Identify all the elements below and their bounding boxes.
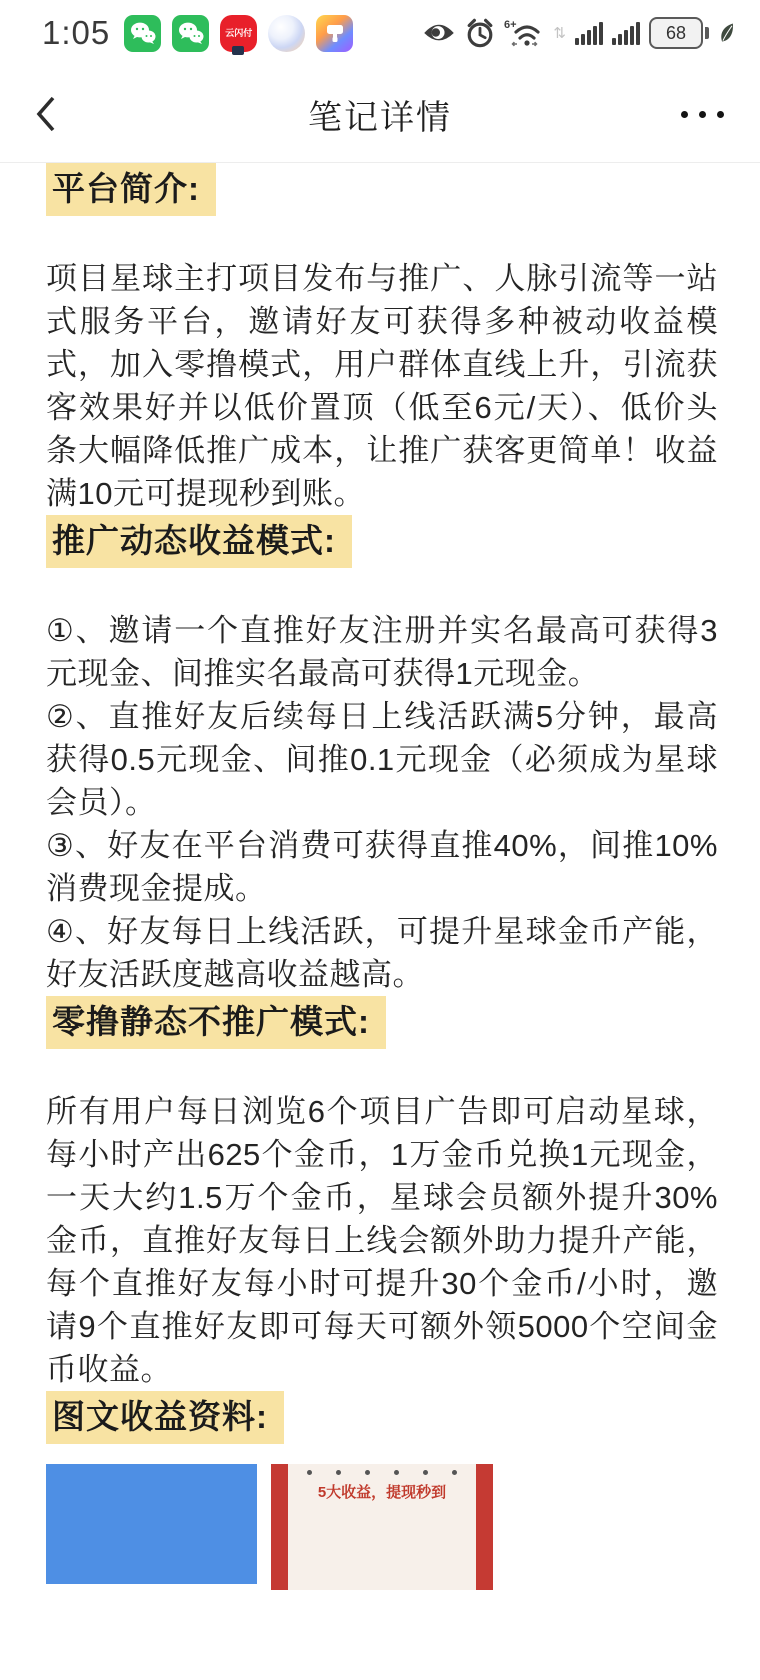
alarm-icon xyxy=(465,18,495,48)
section-heading: 平台简介: xyxy=(46,163,216,216)
section-paragraph: 项目星球主打项目发布与推广、人脉引流等一站式服务平台，邀请好友可获得多种被动收益… xyxy=(46,257,718,515)
yunshanfu-icon: 云闪付 xyxy=(220,15,257,52)
battery-level: 68 xyxy=(649,17,703,49)
list-item: ①、邀请一个直推好友注册并实名最高可获得3元现金、间推实名最高可获得1元现金。 xyxy=(46,609,718,695)
nav-bar: 笔记详情 xyxy=(0,66,760,163)
attachment-image-blue[interactable] xyxy=(46,1464,257,1584)
wechat-icon xyxy=(124,15,161,52)
phone-screen: 1:05 云闪付 xyxy=(0,0,760,1680)
eye-protection-icon xyxy=(422,21,456,45)
yunshanfu-badge xyxy=(232,46,244,55)
attachment-row: 5大收益，提现秒到 xyxy=(46,1464,718,1590)
attachment-image-red[interactable]: 5大收益，提现秒到 xyxy=(271,1464,493,1590)
signal-bars-sim1 xyxy=(575,21,603,45)
wifi-icon: 6+ xyxy=(504,18,544,48)
status-right-cluster: 6+ ⇅ 68 xyxy=(422,17,736,49)
assistant-sphere-icon xyxy=(268,15,305,52)
leaf-icon xyxy=(718,21,736,45)
section-heading: 图文收益资料: xyxy=(46,1391,284,1444)
signal-bars-sim2 xyxy=(612,21,640,45)
chat-bubbles-glyph xyxy=(178,21,204,45)
battery-indicator: 68 xyxy=(649,17,709,49)
brush-glyph xyxy=(324,22,346,44)
status-bar: 1:05 云闪付 xyxy=(0,0,760,66)
red-card-dots xyxy=(307,1470,457,1475)
section-heading: 推广动态收益模式: xyxy=(46,515,352,568)
section-platform-intro: 平台简介: 项目星球主打项目发布与推广、人脉引流等一站式服务平台，邀请好友可获得… xyxy=(46,163,718,515)
more-menu-button[interactable] xyxy=(679,101,726,128)
list-item: ③、好友在平台消费可获得直推40%，间推10%消费现金提成。 xyxy=(46,824,718,910)
page-title: 笔记详情 xyxy=(0,90,760,139)
theme-store-icon xyxy=(316,15,353,52)
wechat-icon xyxy=(172,15,209,52)
yunshanfu-label: 云闪付 xyxy=(225,28,252,38)
list-item: ④、好友每日上线活跃，可提升星球金币产能，好友活跃度越高收益越高。 xyxy=(46,910,718,996)
battery-nub xyxy=(705,27,709,39)
section-paragraph: 所有用户每日浏览6个项目广告即可启动星球，每小时产出625个金币，1万金币兑换1… xyxy=(46,1090,718,1391)
note-content: 平台简介: 项目星球主打项目发布与推广、人脉引流等一站式服务平台，邀请好友可获得… xyxy=(0,163,760,1590)
status-time: 1:05 xyxy=(42,14,110,52)
section-image-materials: 图文收益资料: xyxy=(46,1391,718,1444)
network-arrows-icon: ⇅ xyxy=(553,26,566,41)
back-chevron-icon xyxy=(34,94,58,134)
section-static-mode: 零撸静态不推广模式: 所有用户每日浏览6个项目广告即可启动星球，每小时产出625… xyxy=(46,996,718,1391)
chat-bubbles-glyph xyxy=(130,21,156,45)
svg-text:6+: 6+ xyxy=(504,19,517,31)
section-heading: 零撸静态不推广模式: xyxy=(46,996,386,1049)
back-button[interactable] xyxy=(34,94,58,134)
section-dynamic-income: 推广动态收益模式: ①、邀请一个直推好友注册并实名最高可获得3元现金、间推实名最… xyxy=(46,515,718,996)
red-card-caption: 5大收益，提现秒到 xyxy=(318,1481,446,1502)
list-item: ②、直推好友后续每日上线活跃满5分钟，最高获得0.5元现金、间推0.1元现金（必… xyxy=(46,695,718,824)
